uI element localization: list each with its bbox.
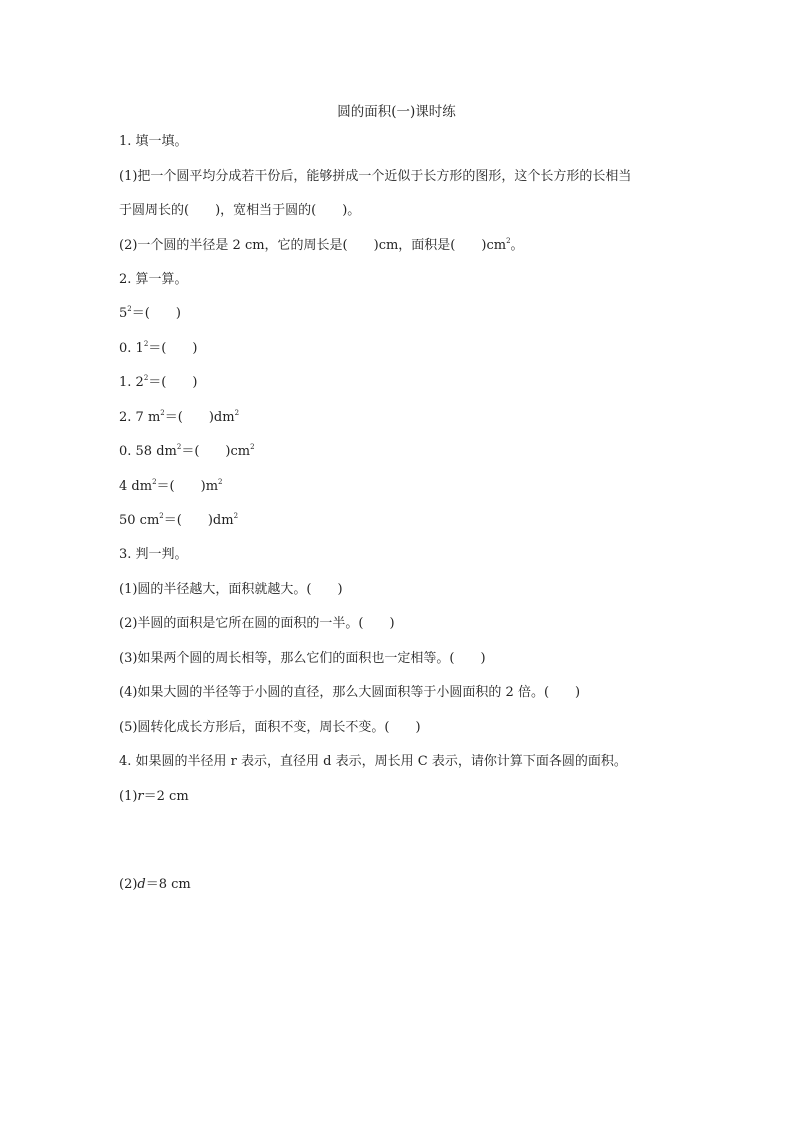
answer-blank: ＝( ) [157,479,206,494]
judge-item: (4)如果大圆的半径等于小圆的直径，那么大圆面积等于小圆面积的 2 倍。( ) [119,685,580,701]
expr: 2. 7 m [119,410,160,425]
superscript: 2 [235,409,239,417]
calc-item: 2. 7 m2＝( )dm2 [119,410,239,426]
judge-item: (3)如果两个圆的周长相等，那么它们的面积也一定相等。( ) [119,651,486,667]
question-1-1-line1: (1)把一个圆平均分成若干份后，能够拼成一个近似于长方形的图形，这个长方形的长相… [119,169,631,185]
section4-heading: 4. 如果圆的半径用 r 表示，直径用 d 表示，周长用 C 表示，请你计算下面… [119,754,627,770]
judge-item: (2)半圆的面积是它所在圆的面积的一半。( ) [119,616,395,632]
unit: dm [214,410,235,425]
item-label: (1) [119,789,137,804]
expr: 0. 58 dm [119,444,177,459]
calc-item: 50 cm2＝( )dm2 [119,513,238,529]
judge-item: (1)圆的半径越大，面积就越大。( ) [119,582,343,598]
section3-heading: 3. 判一判。 [119,547,188,563]
answer-blank: ＝( ) [132,306,181,321]
question-1-1-line2: 于圆周长的( )，宽相当于圆的( )。 [119,203,360,219]
calc-item: 0. 12＝( ) [119,341,197,357]
superscript: 2 [234,512,238,520]
answer-blank: ＝( ) [148,341,197,356]
expr: 50 cm [119,513,159,528]
expr: 1. 2 [119,375,144,390]
calc-item: 4 dm2＝( )m2 [119,479,222,495]
q2-text: (2)一个圆的半径是 2 cm，它的周长是( )cm，面积是( )cm [119,238,506,253]
calc-item: 0. 58 dm2＝( )cm2 [119,444,255,460]
area-item: (2)d＝8 cm [119,877,191,893]
calc-item: 1. 22＝( ) [119,375,197,391]
superscript: 2 [218,478,222,486]
unit: m [206,479,218,494]
superscript: 2 [250,443,254,451]
variable: d [137,877,145,892]
answer-blank: ＝( ) [181,444,230,459]
expr: 0. 1 [119,341,144,356]
unit: dm [213,513,234,528]
item-label: (2) [119,877,137,892]
answer-blank: ＝( ) [165,410,214,425]
section1-heading: 1. 填一填。 [119,134,188,150]
section2-heading: 2. 算一算。 [119,272,188,288]
expr: 4 dm [119,479,152,494]
area-item: (1)r＝2 cm [119,789,189,805]
page-title: 圆的面积(一)课时练 [0,100,793,120]
unit: cm [230,444,250,459]
q2-suffix: 。 [511,238,524,253]
answer-blank: ＝( ) [164,513,213,528]
question-1-2: (2)一个圆的半径是 2 cm，它的周长是( )cm，面积是( )cm2。 [119,238,524,254]
value: ＝8 cm [146,877,191,892]
answer-blank: ＝( ) [148,375,197,390]
value: ＝2 cm [144,789,189,804]
calc-item: 52＝( ) [119,306,181,322]
judge-item: (5)圆转化成长方形后，面积不变，周长不变。( ) [119,720,421,736]
